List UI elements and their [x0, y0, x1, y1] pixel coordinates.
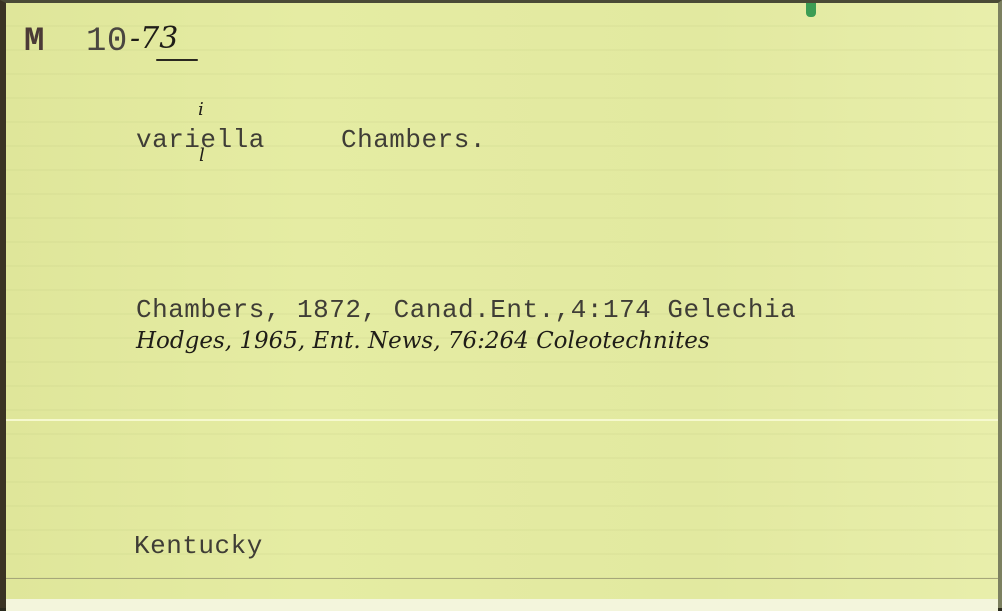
call-number-prefix: M: [24, 23, 45, 61]
locality: Kentucky: [134, 531, 263, 561]
call-number-suffix: -73: [130, 21, 178, 56]
reference-typed: Chambers, 1872, Canad.Ent.,4:174 Gelechi…: [136, 295, 796, 325]
index-card: M 10 -73 i variella l Chambers. Chambers…: [0, 0, 1002, 608]
handwritten-correction-above: i: [198, 99, 204, 120]
call-number-underline: [156, 59, 198, 61]
call-number: 10: [86, 23, 128, 61]
bottom-rule-line: [6, 578, 998, 579]
reference-handwritten: Hodges, 1965, Ent. News, 76:264 Coleotec…: [136, 328, 710, 354]
handwritten-correction-below: l: [199, 145, 205, 166]
species-author: Chambers.: [341, 125, 486, 155]
card-bottom-edge: [6, 599, 998, 608]
green-tab-marker: [806, 3, 816, 17]
